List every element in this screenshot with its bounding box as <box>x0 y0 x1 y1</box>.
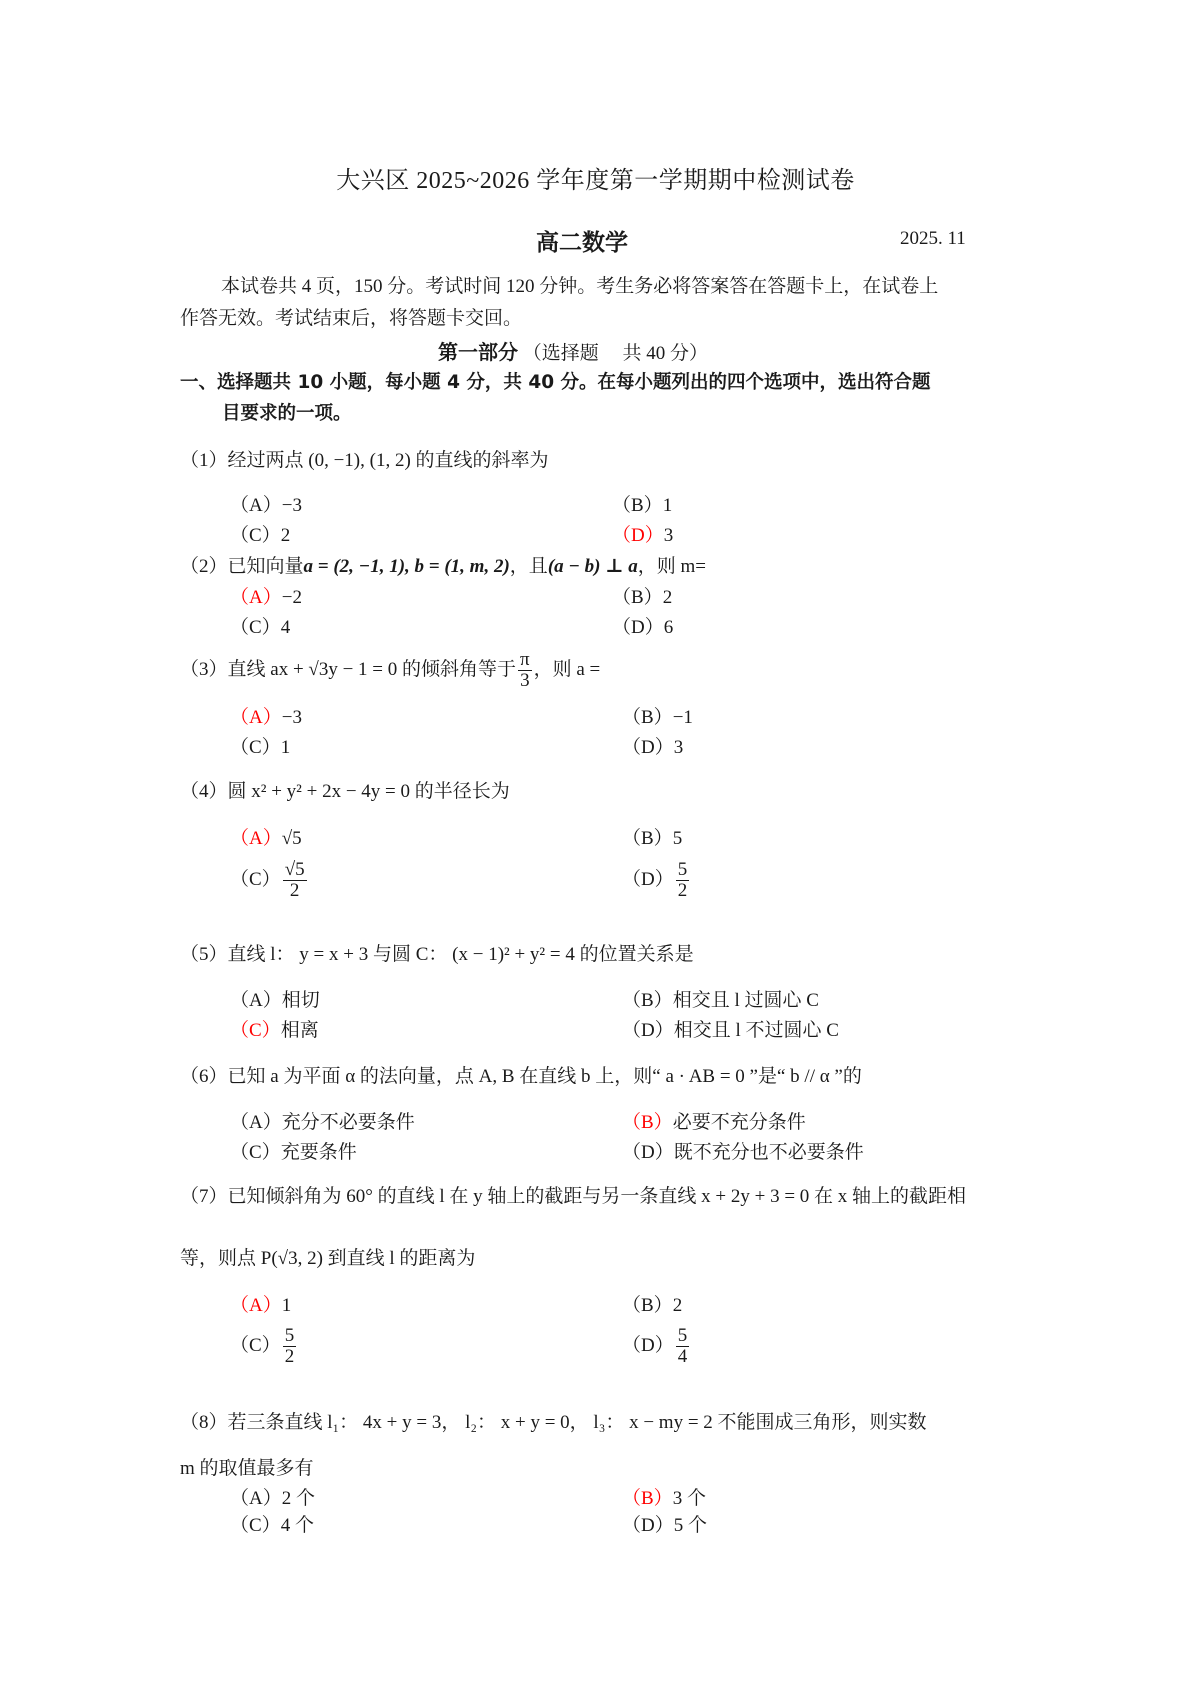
option-7a-correct[interactable]: （A）1 <box>230 1290 291 1317</box>
option-text: 4 个 <box>281 1515 314 1536</box>
question-number: （7） <box>180 1186 228 1207</box>
question-stem: 已知 a 为平面 α 的法向量，点 A, B 在直线 b 上，则“ a · AB… <box>228 1066 862 1087</box>
fraction: 52 <box>283 1326 297 1367</box>
option-2d[interactable]: （D）6 <box>612 612 673 639</box>
option-3d[interactable]: （D）3 <box>622 732 683 759</box>
option-4c[interactable]: （C）√52 <box>230 860 309 901</box>
option-label: （D） <box>612 617 664 638</box>
question-7-line-1: （7）已知倾斜角为 60° 的直线 l 在 y 轴上的截距与另一条直线 x + … <box>180 1181 966 1208</box>
option-text: 1 <box>281 737 291 758</box>
option-1b[interactable]: （B）1 <box>612 490 672 517</box>
option-1a[interactable]: （A）−3 <box>230 490 302 517</box>
question-4: （4）圆 x² + y² + 2x − 4y = 0 的半径长为 <box>180 776 510 803</box>
exam-date: 2025. 11 <box>900 228 966 250</box>
option-text: 相切 <box>282 990 320 1011</box>
option-label: （D） <box>622 737 674 758</box>
denominator: 2 <box>283 881 307 901</box>
question-number: （5） <box>180 944 228 965</box>
option-3c[interactable]: （C）1 <box>230 732 290 759</box>
option-text: 1 <box>663 495 673 516</box>
option-label: （A） <box>230 587 282 608</box>
option-label: （B） <box>612 495 663 516</box>
question-2: （2）已知向量a = (2, −1, 1), b = (1, m, 2)，且(a… <box>180 551 706 578</box>
question-stem-mid: ，且 <box>510 556 548 577</box>
option-3b[interactable]: （B）−1 <box>622 702 693 729</box>
numerator: 5 <box>676 860 690 881</box>
option-text: 3 <box>674 737 684 758</box>
option-6a[interactable]: （A）充分不必要条件 <box>230 1107 415 1134</box>
option-3a-correct[interactable]: （A）−3 <box>230 702 302 729</box>
option-text: 5 个 <box>674 1515 707 1536</box>
option-label: （A） <box>230 1488 282 1509</box>
option-8d[interactable]: （D）5 个 <box>622 1510 707 1537</box>
part-subtitle: （选择题 共 40 分） <box>523 343 708 364</box>
option-text: 3 <box>664 525 674 546</box>
option-text: 2 个 <box>282 1488 315 1509</box>
option-1d-correct[interactable]: （D）3 <box>612 520 673 547</box>
option-6b-correct[interactable]: （B）必要不充分条件 <box>622 1107 806 1134</box>
question-number: （4） <box>180 781 228 802</box>
option-label: （D） <box>622 1020 674 1041</box>
option-label: （A） <box>230 707 282 728</box>
numerator: 5 <box>283 1326 297 1347</box>
option-text: 3 个 <box>673 1488 706 1509</box>
option-text: 1 <box>282 1295 292 1316</box>
option-4d[interactable]: （D）52 <box>622 860 691 901</box>
option-label: （A） <box>230 495 282 516</box>
option-4a-correct[interactable]: （A）√5 <box>230 823 302 850</box>
question-number: （1） <box>180 450 228 471</box>
option-label: （D） <box>622 1515 674 1536</box>
option-7b[interactable]: （B）2 <box>622 1290 682 1317</box>
question-stem: 经过两点 (0, −1), (1, 2) 的直线的斜率为 <box>228 450 549 471</box>
part-title: 第一部分 <box>438 340 518 364</box>
option-label: （C） <box>230 617 281 638</box>
condition: (a − b) ⊥ a <box>548 556 638 577</box>
option-label: （D） <box>622 1142 674 1163</box>
option-2b[interactable]: （B）2 <box>612 582 672 609</box>
option-8b-correct[interactable]: （B）3 个 <box>622 1483 706 1510</box>
question-stem: 直线 ax + √3y − 1 = 0 的倾斜角等于 <box>228 659 517 680</box>
option-label: （D） <box>622 1335 674 1356</box>
option-text: 充要条件 <box>281 1142 357 1163</box>
exam-title: 大兴区 2025~2026 学年度第一学期期中检测试卷 <box>0 160 1191 195</box>
question-stem: 圆 x² + y² + 2x − 4y = 0 的半径长为 <box>228 781 510 802</box>
option-text: −3 <box>282 707 302 728</box>
question-7-line-2: 等，则点 P(√3, 2) 到直线 l 的距离为 <box>180 1243 475 1270</box>
fraction-pi-over-3: π3 <box>518 650 532 691</box>
option-label: （C） <box>230 1142 281 1163</box>
denominator: 2 <box>676 881 690 901</box>
option-text: 既不充分也不必要条件 <box>674 1142 864 1163</box>
option-label: （C） <box>230 1020 281 1041</box>
option-label: （C） <box>230 525 281 546</box>
section-instructions-line-2: 目要求的一项。 <box>222 399 352 425</box>
option-text: 相交且 l 不过圆心 C <box>674 1020 839 1041</box>
question-1: （1）经过两点 (0, −1), (1, 2) 的直线的斜率为 <box>180 445 549 472</box>
option-label: （C） <box>230 1515 281 1536</box>
section-instructions-line-1: 一、选择题共 10 小题，每小题 4 分，共 40 分。在每小题列出的四个选项中… <box>180 368 931 394</box>
option-text: 4 <box>281 617 291 638</box>
option-text: 充分不必要条件 <box>282 1112 415 1133</box>
option-text: 必要不充分条件 <box>673 1112 806 1133</box>
option-5a[interactable]: （A）相切 <box>230 985 320 1012</box>
option-4b[interactable]: （B）5 <box>622 823 682 850</box>
question-stem-end: ，则 a = <box>534 659 601 680</box>
denominator: 4 <box>676 1347 690 1367</box>
option-8a[interactable]: （A）2 个 <box>230 1483 315 1510</box>
option-label: （A） <box>230 1112 282 1133</box>
question-5: （5）直线 l： y = x + 3 与圆 C： (x − 1)² + y² =… <box>180 939 694 966</box>
subject-title: 高二数学 <box>536 224 628 257</box>
vector-b: b = (1, m, 2) <box>415 556 510 577</box>
option-text: 相离 <box>281 1020 319 1041</box>
question-number: （3） <box>180 659 228 680</box>
option-label: （A） <box>230 1295 282 1316</box>
question-stem: 直线 l： y = x + 3 与圆 C： (x − 1)² + y² = 4 … <box>228 944 694 965</box>
option-7c[interactable]: （C）52 <box>230 1326 298 1367</box>
option-1c[interactable]: （C）2 <box>230 520 290 547</box>
option-5d[interactable]: （D）相交且 l 不过圆心 C <box>622 1015 839 1042</box>
fraction: √52 <box>283 860 307 901</box>
option-2a-correct[interactable]: （A）−2 <box>230 582 302 609</box>
option-text: 2 <box>673 1295 683 1316</box>
option-label: （B） <box>622 828 673 849</box>
numerator: π <box>518 650 532 671</box>
option-label: （B） <box>622 990 673 1011</box>
question-number: （6） <box>180 1066 228 1087</box>
option-7d[interactable]: （D）54 <box>622 1326 691 1367</box>
denominator: 2 <box>283 1347 297 1367</box>
option-label: （B） <box>622 1295 673 1316</box>
option-text: 2 <box>281 525 291 546</box>
question-stem: 已知倾斜角为 60° 的直线 l 在 y 轴上的截距与另一条直线 x + 2y … <box>228 1186 967 1207</box>
option-label: （B） <box>622 1112 673 1133</box>
question-number: （2） <box>180 556 228 577</box>
option-text: 6 <box>664 617 674 638</box>
option-label: （D） <box>612 525 664 546</box>
numerator: √5 <box>283 860 307 881</box>
option-label: （C） <box>230 737 281 758</box>
option-text: √5 <box>282 828 302 849</box>
option-text: −1 <box>673 707 693 728</box>
option-label: （A） <box>230 990 282 1011</box>
option-text: 相交且 l 过圆心 C <box>673 990 819 1011</box>
vector-a: a = (2, −1, 1), <box>304 556 415 577</box>
fraction: 52 <box>676 860 690 901</box>
option-6c[interactable]: （C）充要条件 <box>230 1137 357 1164</box>
denominator: 3 <box>518 671 532 691</box>
question-6: （6）已知 a 为平面 α 的法向量，点 A, B 在直线 b 上，则“ a ·… <box>180 1061 862 1088</box>
option-text: −2 <box>282 587 302 608</box>
instructions-line-2: 作答无效。考试结束后，将答题卡交回。 <box>180 303 522 330</box>
option-5b[interactable]: （B）相交且 l 过圆心 C <box>622 985 819 1012</box>
option-label: （D） <box>622 869 674 890</box>
option-2c[interactable]: （C）4 <box>230 612 290 639</box>
option-label: （C） <box>230 1335 281 1356</box>
numerator: 5 <box>676 1326 690 1347</box>
instructions-line-1: 本试卷共 4 页，150 分。考试时间 120 分钟。考生务必将答案答在答题卡上… <box>221 271 938 298</box>
option-label: （B） <box>622 1488 673 1509</box>
option-label: （C） <box>230 869 281 890</box>
question-stem: 已知向量 <box>228 556 304 577</box>
option-label: （B） <box>612 587 663 608</box>
question-3: （3）直线 ax + √3y − 1 = 0 的倾斜角等于π3，则 a = <box>180 650 600 691</box>
question-stem-end: ，则 m= <box>638 556 706 577</box>
question-8-line-2: m 的取值最多有 <box>180 1453 314 1480</box>
option-text: −3 <box>282 495 302 516</box>
option-5c-correct[interactable]: （C）相离 <box>230 1015 319 1042</box>
fraction: 54 <box>676 1326 690 1367</box>
option-text: 5 <box>673 828 683 849</box>
option-label: （B） <box>622 707 673 728</box>
question-stem: 若三条直线 l₁： 4x + y = 3， l₂： x + y = 0， l₃：… <box>228 1412 927 1433</box>
question-number: （8） <box>180 1412 228 1433</box>
option-label: （A） <box>230 828 282 849</box>
part-heading: 第一部分 （选择题 共 40 分） <box>438 336 708 365</box>
option-8c[interactable]: （C）4 个 <box>230 1510 314 1537</box>
option-text: 2 <box>663 587 673 608</box>
option-6d[interactable]: （D）既不充分也不必要条件 <box>622 1137 864 1164</box>
question-8-line-1: （8）若三条直线 l₁： 4x + y = 3， l₂： x + y = 0， … <box>180 1407 927 1434</box>
